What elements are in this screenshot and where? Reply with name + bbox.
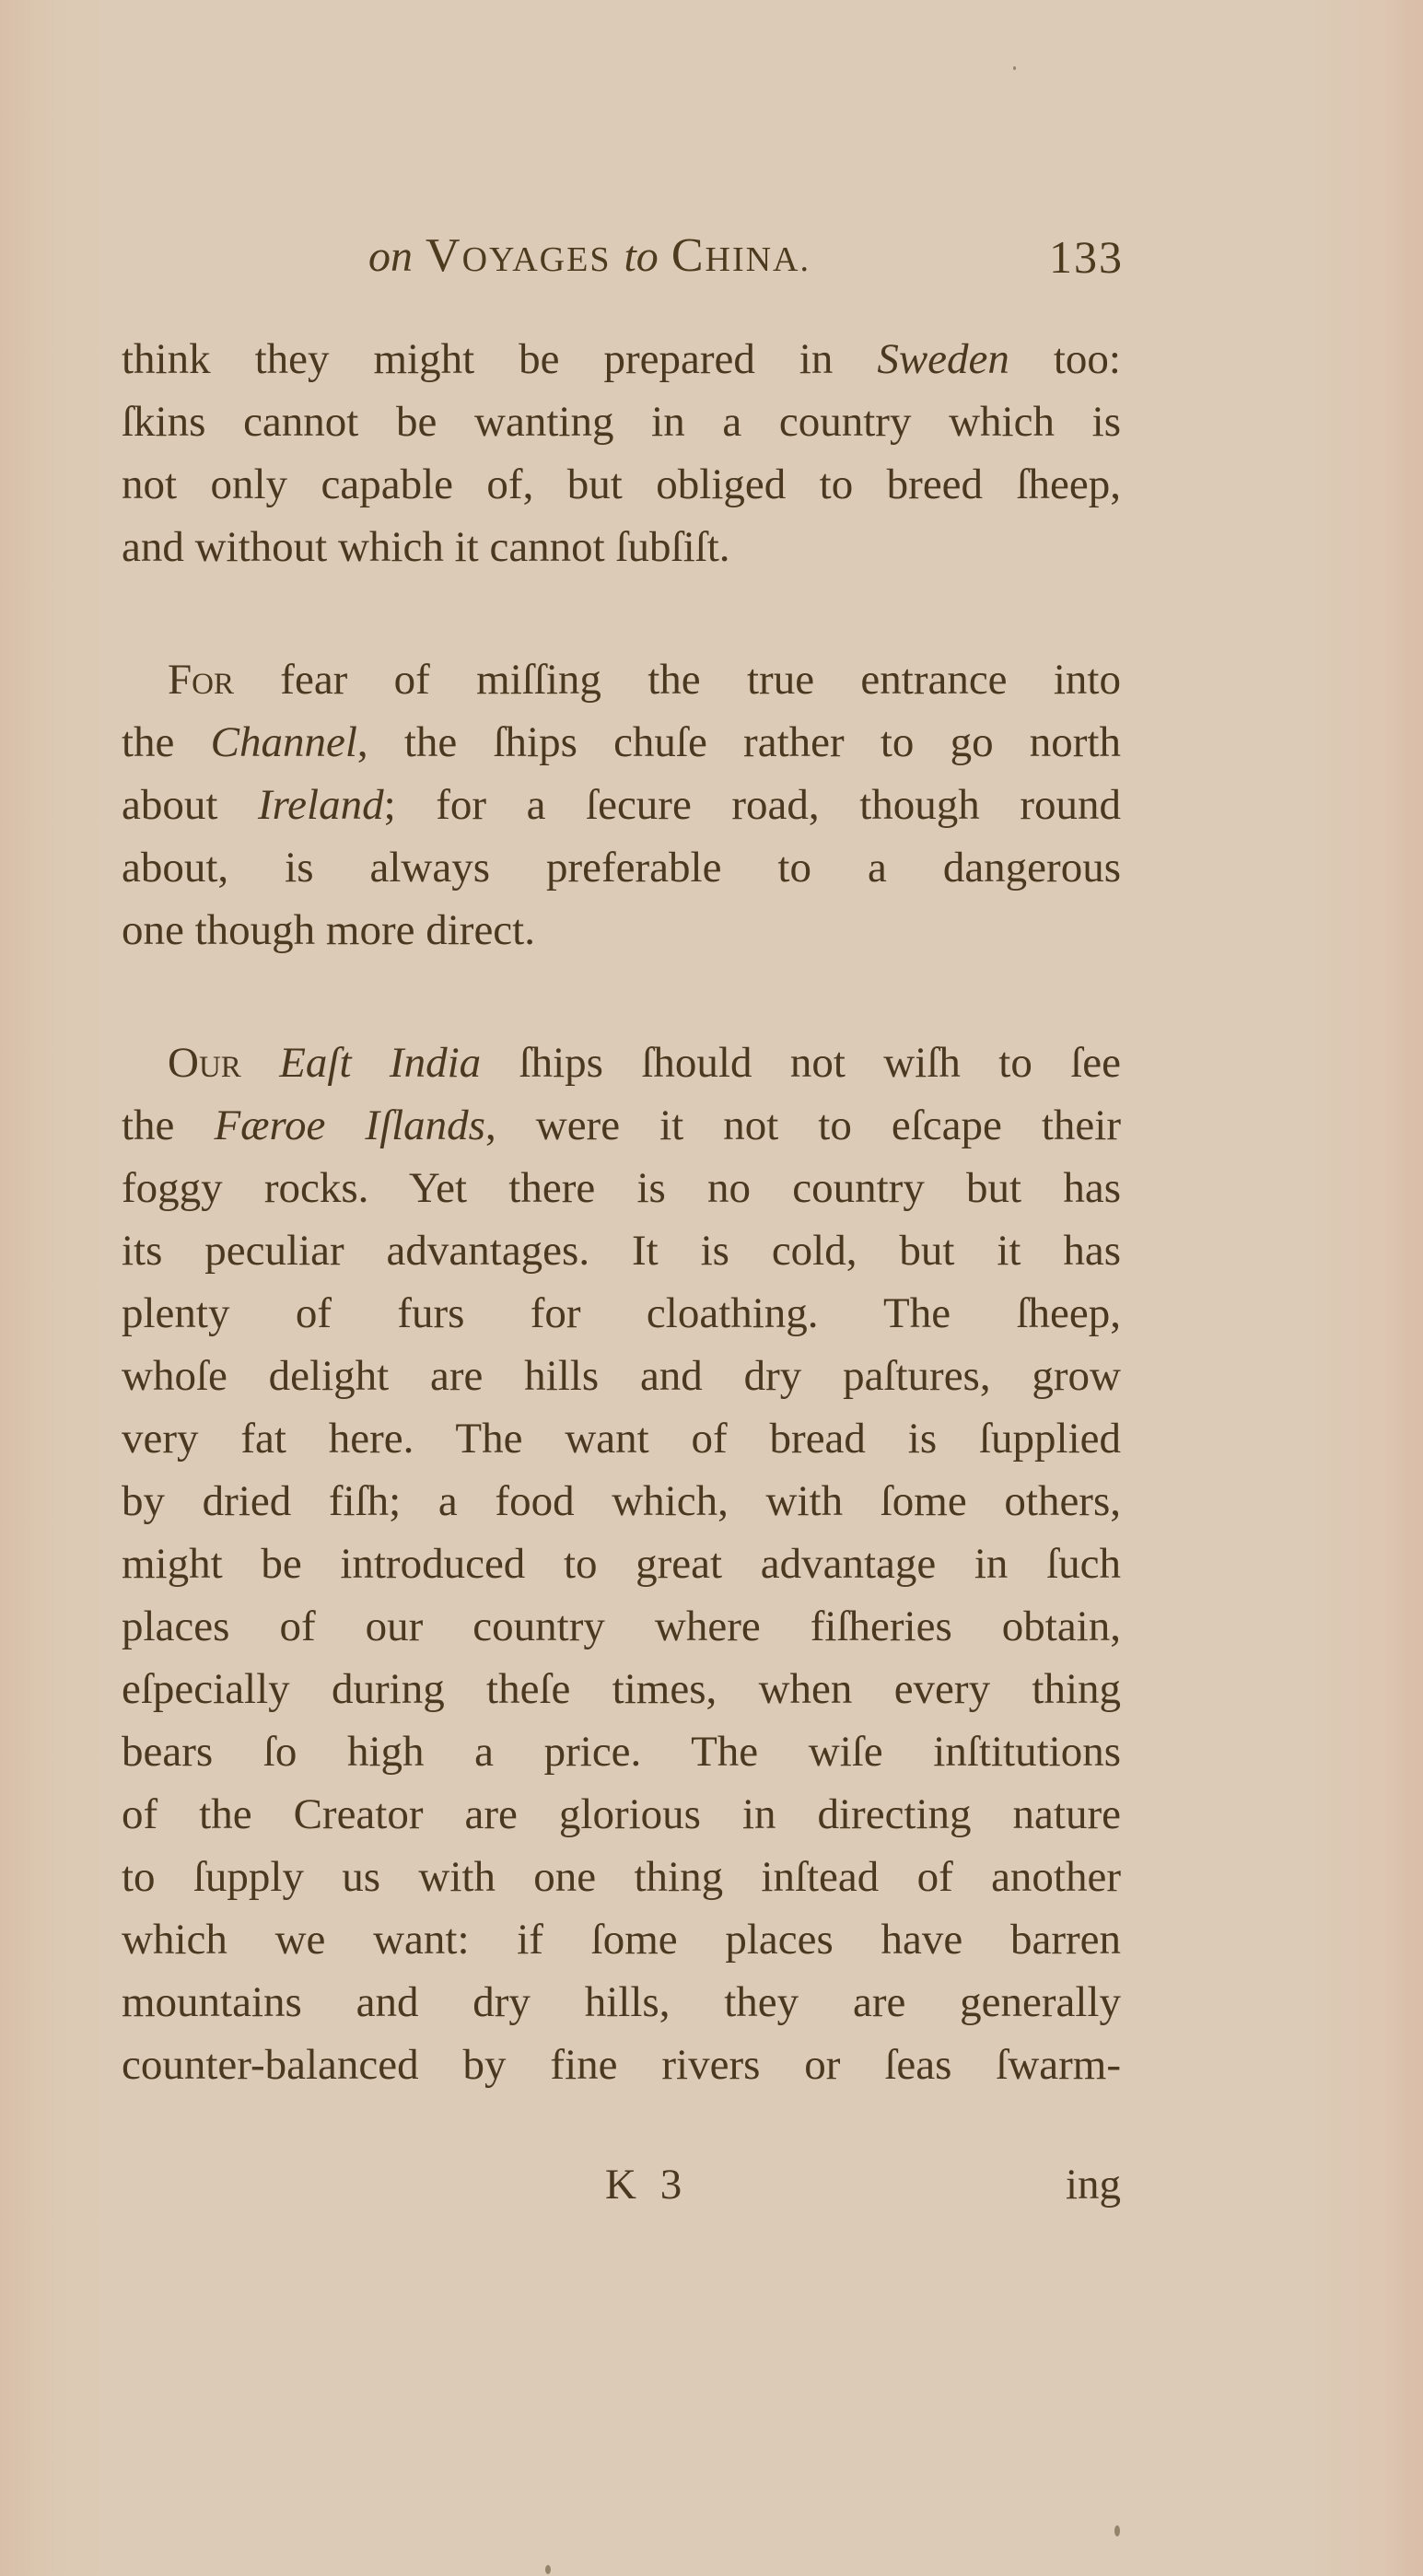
paragraph-gap bbox=[122, 962, 1121, 1032]
text-line: the Færoe Iſlands, were it not to eſcape… bbox=[122, 1094, 1121, 1157]
text-segment: about, is always preferable to a dangero… bbox=[122, 844, 1121, 892]
running-title-middle: to bbox=[624, 232, 658, 281]
text-line: For fear of miſſing the true entrance in… bbox=[122, 648, 1121, 711]
text-line: of the Creator are glorious in directing… bbox=[122, 1783, 1121, 1846]
paper-speck bbox=[545, 2565, 551, 2574]
text-segment bbox=[241, 1039, 279, 1087]
text-segment: about bbox=[122, 781, 258, 829]
running-head: on VOYAGES to CHINA. 133 bbox=[368, 228, 1124, 293]
paragraph: think they might be prepared in Sweden t… bbox=[122, 328, 1121, 578]
text-segment: plenty of furs for cloathing. The ſheep, bbox=[122, 1289, 1121, 1337]
text-line: Our Eaſt India ſhips ſhould not wiſh to … bbox=[122, 1032, 1121, 1094]
paper-speck bbox=[1114, 2525, 1120, 2536]
text-segment: mountains and dry hills, they are genera… bbox=[122, 1978, 1121, 2026]
text-segment: whoſe delight are hills and dry paſtures… bbox=[122, 1352, 1121, 1400]
text-line: mountains and dry hills, they are genera… bbox=[122, 1971, 1121, 2034]
text-segment: which we want: if ſome places have barre… bbox=[122, 1916, 1121, 1964]
italic-text: Færoe Iſlands bbox=[214, 1102, 485, 1149]
text-segment: its peculiar advantages. It is cold, but… bbox=[122, 1227, 1121, 1275]
text-segment: of the Creator are glorious in directing… bbox=[122, 1790, 1121, 1838]
body-text: think they might be prepared in Sweden t… bbox=[122, 328, 1121, 2096]
book-page: on VOYAGES to CHINA. 133 think they migh… bbox=[0, 0, 1423, 2576]
text-line: whoſe delight are hills and dry paſtures… bbox=[122, 1345, 1121, 1407]
text-line: the Channel, the ſhips chuſe rather to g… bbox=[122, 711, 1121, 774]
signature-mark: K 3 bbox=[605, 2160, 682, 2209]
running-title: on VOYAGES to CHINA. bbox=[368, 228, 811, 283]
text-line: which we want: if ſome places have barre… bbox=[122, 1908, 1121, 1971]
text-line: its peculiar advantages. It is cold, but… bbox=[122, 1219, 1121, 1282]
text-line: about, is always preferable to a dangero… bbox=[122, 836, 1121, 899]
text-line: to ſupply us with one thing inſtead of a… bbox=[122, 1846, 1121, 1908]
text-segment: counter-balanced by fine rivers or ſeas … bbox=[122, 2041, 1121, 2089]
italic-text: Ireland bbox=[258, 781, 384, 829]
italic-text: Sweden bbox=[877, 335, 1009, 383]
text-segment: not only capable of, but obliged to bree… bbox=[122, 460, 1121, 508]
text-segment: eſpecially during theſe times, when ever… bbox=[122, 1665, 1121, 1713]
running-title-prefix: on bbox=[368, 232, 413, 281]
text-segment: the bbox=[122, 1102, 214, 1149]
text-segment: ſhips ſhould not wiſh to ſee bbox=[481, 1039, 1121, 1087]
running-title-word1-initial: V bbox=[426, 229, 462, 282]
text-line: eſpecially during theſe times, when ever… bbox=[122, 1658, 1121, 1720]
text-line: not only capable of, but obliged to bree… bbox=[122, 453, 1121, 516]
text-line: counter-balanced by fine rivers or ſeas … bbox=[122, 2034, 1121, 2096]
text-line: plenty of furs for cloathing. The ſheep, bbox=[122, 1282, 1121, 1345]
text-segment: the bbox=[122, 718, 211, 766]
text-line: foggy rocks. Yet there is no country but… bbox=[122, 1157, 1121, 1219]
text-segment: ſkins cannot be wanting in a country whi… bbox=[122, 398, 1121, 446]
text-segment: one though more direct. bbox=[122, 906, 535, 954]
page-footer: K 3 ing bbox=[122, 2160, 1121, 2224]
text-line: bears ſo high a price. The wiſe inſtitut… bbox=[122, 1720, 1121, 1783]
text-segment: might be introduced to great advantage i… bbox=[122, 1540, 1121, 1588]
text-segment: foggy rocks. Yet there is no country but… bbox=[122, 1164, 1121, 1212]
text-segment: by dried fiſh; a food which, with ſome o… bbox=[122, 1477, 1121, 1525]
small-caps-text: For bbox=[168, 656, 234, 704]
paragraph-gap bbox=[122, 578, 1121, 648]
text-line: and without which it cannot ſubſiſt. bbox=[122, 516, 1121, 578]
text-line: very fat here. The want of bread is ſupp… bbox=[122, 1407, 1121, 1470]
text-line: about Ireland; for a ſecure road, though… bbox=[122, 774, 1121, 836]
page-number: 133 bbox=[1049, 230, 1124, 284]
text-segment: , were it not to eſcape their bbox=[485, 1102, 1121, 1149]
text-segment: to ſupply us with one thing inſtead of a… bbox=[122, 1853, 1121, 1901]
text-line: might be introduced to great advantage i… bbox=[122, 1533, 1121, 1595]
text-segment: very fat here. The want of bread is ſupp… bbox=[122, 1415, 1121, 1463]
text-line: ſkins cannot be wanting in a country whi… bbox=[122, 390, 1121, 453]
running-title-word1-rest: OYAGES bbox=[462, 240, 612, 279]
text-segment: bears ſo high a price. The wiſe inſtitut… bbox=[122, 1728, 1121, 1776]
running-title-word2-rest: HINA. bbox=[706, 240, 811, 279]
paper-speck bbox=[1013, 66, 1016, 70]
small-caps-text: Our bbox=[168, 1039, 241, 1087]
text-line: one though more direct. bbox=[122, 899, 1121, 962]
text-segment: ; for a ſecure road, though round bbox=[384, 781, 1121, 829]
text-line: places of our country where fiſheries ob… bbox=[122, 1595, 1121, 1658]
catchword: ing bbox=[1066, 2160, 1121, 2209]
italic-text: Channel bbox=[211, 718, 357, 766]
text-segment: places of our country where fiſheries ob… bbox=[122, 1603, 1121, 1650]
text-segment: fear of miſſing the true entrance into bbox=[234, 656, 1121, 704]
text-segment: , the ſhips chuſe rather to go north bbox=[357, 718, 1121, 766]
text-segment: think they might be prepared in bbox=[122, 335, 877, 383]
running-title-word2-initial: C bbox=[671, 229, 706, 282]
text-segment: and without which it cannot ſubſiſt. bbox=[122, 523, 730, 571]
text-line: by dried fiſh; a food which, with ſome o… bbox=[122, 1470, 1121, 1533]
paragraph: For fear of miſſing the true entrance in… bbox=[122, 648, 1121, 962]
text-segment: too: bbox=[1009, 335, 1121, 383]
italic-text: Eaſt India bbox=[279, 1039, 481, 1087]
paragraph: Our Eaſt India ſhips ſhould not wiſh to … bbox=[122, 1032, 1121, 2096]
text-line: think they might be prepared in Sweden t… bbox=[122, 328, 1121, 390]
